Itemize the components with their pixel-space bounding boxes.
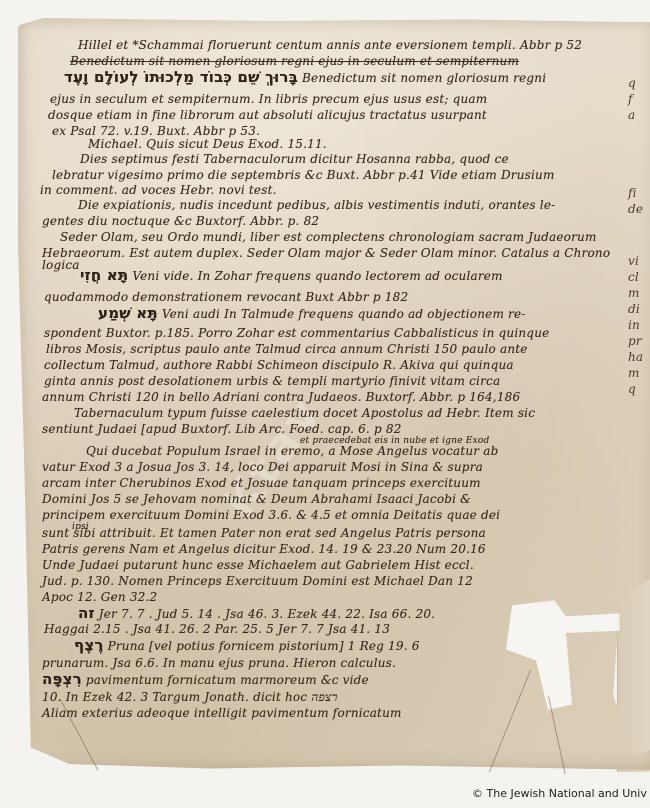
right-page-fragment: q — [628, 76, 636, 90]
hebrew-phrase: זה — [78, 604, 95, 622]
manuscript-line: Michael. Quis sicut Deus Exod. 15.11. — [88, 137, 327, 151]
manuscript-line: Jud. p. 130. Nomen Princeps Exercituum D… — [42, 574, 473, 588]
manuscript-line: libros Mosis, scriptus paulo ante Talmud… — [46, 342, 528, 356]
manuscript-line: prunarum. Jsa 6.6. In manu ejus pruna. H… — [42, 656, 396, 670]
manuscript-line: dosque etiam in fine librorum aut absolu… — [48, 108, 487, 122]
latin-text: Pruna [vel potius fornicem pistorium] 1 … — [108, 639, 420, 653]
manuscript-line: זה Jer 7. 7 . Jud 5. 14 . Jsa 46. 3. Eze… — [78, 606, 435, 621]
hebrew-phrase: בָּרוּךְ שֵׁם כְּבוֹד מַלְכוּתוֹ לְעוֹלָ… — [64, 68, 298, 86]
latin-text: Veni audi In Talmude frequens quando ad … — [162, 307, 526, 321]
manuscript-text: Hillel et *Schammai floruerunt centum an… — [0, 0, 650, 808]
manuscript-line: Apoc 12. Gen 32.2 — [42, 590, 157, 604]
right-page-fragment: a — [628, 108, 635, 122]
hebrew-phrase: רֶצֶף — [74, 636, 104, 654]
right-page-fragment: vi — [628, 254, 639, 268]
manuscript-line: רִצְפָּה pavimentum fornicatum marmoreum… — [42, 672, 369, 687]
right-page-fragment: m — [628, 366, 640, 380]
right-page-fragment: q — [628, 382, 636, 396]
manuscript-line: Aliam exterius adeoque intelligit pavime… — [42, 706, 402, 720]
right-page-fragment: de — [628, 202, 643, 216]
manuscript-line: collectum Talmud, authore Rabbi Schimeon… — [44, 358, 514, 372]
manuscript-line: Haggai 2.15 . Jsa 41. 26. 2 Par. 25. 5 J… — [44, 622, 390, 636]
manuscript-line: sunt sibi attribuit. Et tamen Pater non … — [42, 526, 486, 540]
manuscript-line: Die expiationis, nudis incedunt pedibus,… — [78, 198, 555, 212]
manuscript-line-struck: Benedictum sit nomen gloriosum regni eju… — [70, 54, 519, 68]
manuscript-line: Domini Jos 5 se Jehovam nominat & Deum A… — [42, 492, 471, 506]
manuscript-line: Seder Olam, seu Ordo mundi, liber est co… — [60, 230, 597, 244]
manuscript-line: 10. In Ezek 42. 3 Targum Jonath. dicit h… — [42, 690, 338, 704]
manuscript-line: Unde Judaei putarunt hunc esse Michaelem… — [42, 558, 474, 572]
right-page-fragment: in — [628, 318, 640, 332]
manuscript-line: lebratur vigesimo primo die septembris &… — [52, 168, 555, 182]
manuscript-viewer: Ktav Hillel et *Schammai floruerunt cent… — [0, 0, 650, 808]
manuscript-line: רֶצֶף Pruna [vel potius fornicem pistori… — [74, 638, 420, 653]
right-page-fragment: m — [628, 286, 640, 300]
manuscript-line: in comment. ad voces Hebr. novi test. — [40, 183, 277, 197]
manuscript-line: Qui ducebat Populum Israel in eremo, a M… — [86, 444, 499, 458]
manuscript-line: Dies septimus festi Tabernaculorum dicit… — [80, 152, 509, 166]
manuscript-line: ex Psal 72. v.19. Buxt. Abbr p 53. — [52, 124, 260, 138]
manuscript-line: בָּרוּךְ שֵׁם כְּבוֹד מַלְכוּתוֹ לְעוֹלָ… — [64, 70, 546, 85]
manuscript-line: Hillel et *Schammai floruerunt centum an… — [78, 38, 582, 52]
manuscript-line: ejus in seculum et sempiternum. In libri… — [50, 92, 487, 106]
manuscript-line: arcam inter Cherubinos Exod et Josuae ta… — [42, 476, 481, 490]
manuscript-line: Hebraeorum. Est autem duplex. Seder Olam… — [42, 246, 610, 260]
manuscript-line: annum Christi 120 in bello Adriani contr… — [42, 390, 520, 404]
right-page-fragment: cl — [628, 270, 639, 284]
manuscript-line: principem exercituum Domini Exod 3.6. & … — [42, 508, 500, 522]
manuscript-line: logica — [42, 258, 80, 272]
right-page-fragment: fi — [628, 186, 637, 200]
right-page-fragment: pr — [628, 334, 642, 348]
right-page-fragment: ha — [628, 350, 643, 364]
manuscript-line: vatur Exod 3 a Josua Jos 3. 14, loco Dei… — [42, 460, 483, 474]
hebrew-phrase: תָּא חֲזִי — [80, 266, 128, 284]
right-page-fragment: f — [628, 92, 633, 106]
manuscript-line: quodammodo demonstrationem revocant Buxt… — [44, 290, 408, 304]
manuscript-line: Patris gerens Nam et Angelus dicitur Exo… — [42, 542, 486, 556]
hebrew-phrase: רִצְפָּה — [42, 670, 82, 688]
latin-text: Veni vide. In Zohar frequens quando lect… — [132, 269, 502, 283]
manuscript-line: ginta annis post desolationem urbis & te… — [44, 374, 500, 388]
latin-text: Jer 7. 7 . Jud 5. 14 . Jsa 46. 3. Ezek 4… — [99, 607, 435, 621]
manuscript-line: spondent Buxtor. p.185. Porro Zohar est … — [44, 326, 549, 340]
right-page-fragment: di — [628, 302, 640, 316]
hebrew-phrase: תָּא שְׁמַע — [98, 304, 158, 322]
latin-text: Benedictum sit nomen gloriosum regni — [302, 71, 546, 85]
manuscript-line: תָּא שְׁמַע Veni audi In Talmude frequen… — [98, 306, 526, 321]
latin-text: pavimentum fornicatum marmoreum &c vide — [86, 673, 369, 687]
manuscript-line: תָּא חֲזִי Veni vide. In Zohar frequens … — [80, 268, 503, 283]
manuscript-line: Tabernaculum typum fuisse caelestium doc… — [74, 406, 535, 420]
manuscript-line: gentes diu noctuque &c Buxtorf. Abbr. p.… — [42, 214, 319, 228]
copyright-notice: © The Jewish National and Univ — [472, 787, 647, 800]
